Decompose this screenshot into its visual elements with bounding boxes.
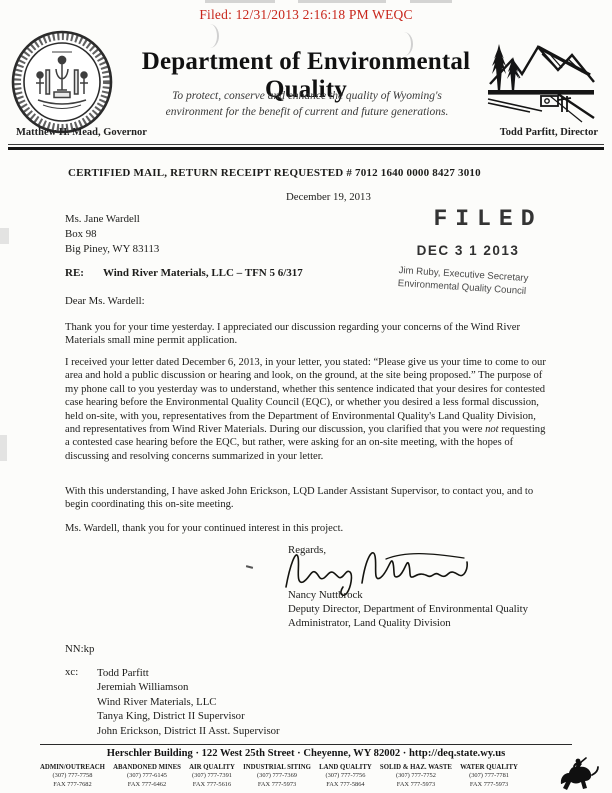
division-fax: FAX 777-6462	[113, 781, 181, 790]
division-name: INDUSTRIAL SITING	[243, 763, 311, 772]
filed-stamp-secretary: Jim Ruby, Executive Secretary Environmen…	[397, 265, 558, 300]
letter-date: December 19, 2013	[286, 191, 371, 203]
filed-banner: Filed: 12/31/2013 2:16:18 PM WEQC	[0, 7, 612, 23]
agency-tagline: To protect, conserve and enhance the qua…	[161, 88, 453, 120]
division-fax: FAX 777-5973	[460, 781, 518, 790]
division-phone: (307) 777-7752	[380, 772, 452, 781]
division-name: AIR QUALITY	[189, 763, 235, 772]
bucking-horse-icon	[552, 757, 602, 793]
filed-stamp-date: DEC 3 1 2013	[408, 243, 528, 258]
scan-artifact	[0, 228, 9, 244]
body-paragraph-2: I received your letter dated December 6,…	[65, 356, 547, 463]
filed-stamp: FILED	[416, 206, 560, 232]
signer-name: Nancy Nuttbrock	[288, 589, 363, 601]
division-fax: FAX 777-5973	[243, 781, 311, 790]
division-fax: FAX 777-5616	[189, 781, 235, 790]
division-column: SOLID & HAZ. WASTE (307) 777-7752 FAX 77…	[380, 763, 452, 789]
division-column: ADMIN/OUTREACH (307) 777-7758 FAX 777-76…	[40, 763, 105, 789]
cc-list-item: John Erickson, District II Asst. Supervi…	[97, 724, 280, 738]
cc-label: xc:	[65, 666, 78, 678]
footer-address: Herschler Building · 122 West 25th Stree…	[56, 748, 556, 759]
division-name: ABANDONED MINES	[113, 763, 181, 772]
division-column: INDUSTRIAL SITING (307) 777-7369 FAX 777…	[243, 763, 311, 789]
body-paragraph-1: Thank you for your time yesterday. I app…	[65, 321, 547, 348]
salutation: Dear Ms. Wardell:	[65, 295, 145, 307]
division-name: ADMIN/OUTREACH	[40, 763, 105, 772]
recipient-name: Ms. Jane Wardell	[65, 212, 159, 227]
scan-artifact	[0, 435, 7, 461]
division-phone: (307) 777-7758	[40, 772, 105, 781]
scan-artifact	[246, 565, 253, 569]
recipient-address: Ms. Jane Wardell Box 98 Big Piney, WY 83…	[65, 212, 159, 256]
division-column: WATER QUALITY (307) 777-7781 FAX 777-597…	[460, 763, 518, 789]
division-phone: (307) 777-7756	[319, 772, 372, 781]
cc-list: Todd Parfitt Jeremiah Williamson Wind Ri…	[97, 666, 280, 738]
cc-list-item: Jeremiah Williamson	[97, 680, 280, 694]
division-fax: FAX 777-5864	[319, 781, 372, 790]
recipient-box: Box 98	[65, 227, 159, 242]
body-paragraph-4: Ms. Wardell, thank you for your continue…	[65, 522, 547, 535]
division-phone: (307) 777-7391	[189, 772, 235, 781]
scan-artifact	[410, 0, 452, 3]
division-fax: FAX 777-7682	[40, 781, 105, 790]
certified-mail-line: CERTIFIED MAIL, RETURN RECEIPT REQUESTED…	[68, 167, 481, 179]
re-line: RE:Wind River Materials, LLC – TFN 5 6/3…	[65, 267, 303, 279]
mountain-landscape-logo-icon	[484, 32, 600, 133]
reference-initials: NN:kp	[65, 643, 94, 655]
scanned-letter-page: Filed: 12/31/2013 2:16:18 PM WEQC	[0, 0, 612, 793]
scan-smudge	[204, 24, 219, 48]
division-column: AIR QUALITY (307) 777-7391 FAX 777-5616	[189, 763, 235, 789]
governor-name: Matthew H. Mead, Governor	[16, 127, 147, 138]
cc-list-item: Tanya King, District II Supervisor	[97, 709, 280, 723]
division-column: ABANDONED MINES (307) 777-6145 FAX 777-6…	[113, 763, 181, 789]
recipient-city: Big Piney, WY 83113	[65, 242, 159, 257]
header-rule-thin	[8, 144, 604, 145]
cc-list-item: Todd Parfitt	[97, 666, 280, 680]
signer-title-1: Deputy Director, Department of Environme…	[288, 603, 528, 615]
division-name: LAND QUALITY	[319, 763, 372, 772]
division-phone: (307) 777-7781	[460, 772, 518, 781]
re-label: RE:	[65, 267, 84, 279]
division-fax: FAX 777-5973	[380, 781, 452, 790]
paragraph-2-emphasis: not	[485, 424, 499, 435]
signer-title-2: Administrator, Land Quality Division	[288, 617, 451, 629]
scan-artifact	[205, 0, 275, 3]
division-phone: (307) 777-6145	[113, 772, 181, 781]
division-column: LAND QUALITY (307) 777-7756 FAX 777-5864	[319, 763, 372, 789]
division-name: WATER QUALITY	[460, 763, 518, 772]
body-paragraph-3: With this understanding, I have asked Jo…	[65, 485, 547, 512]
header-rule-thick	[8, 147, 604, 150]
re-subject: Wind River Materials, LLC – TFN 5 6/317	[103, 267, 303, 279]
wyoming-state-seal-icon	[10, 28, 114, 141]
division-phone: (307) 777-7369	[243, 772, 311, 781]
scan-artifact	[298, 0, 386, 3]
cc-list-item: Wind River Materials, LLC	[97, 695, 280, 709]
footer-rule	[40, 744, 572, 745]
footer-divisions: ADMIN/OUTREACH (307) 777-7758 FAX 777-76…	[40, 763, 518, 789]
division-name: SOLID & HAZ. WASTE	[380, 763, 452, 772]
paragraph-2-text: I received your letter dated December 6,…	[65, 357, 546, 435]
